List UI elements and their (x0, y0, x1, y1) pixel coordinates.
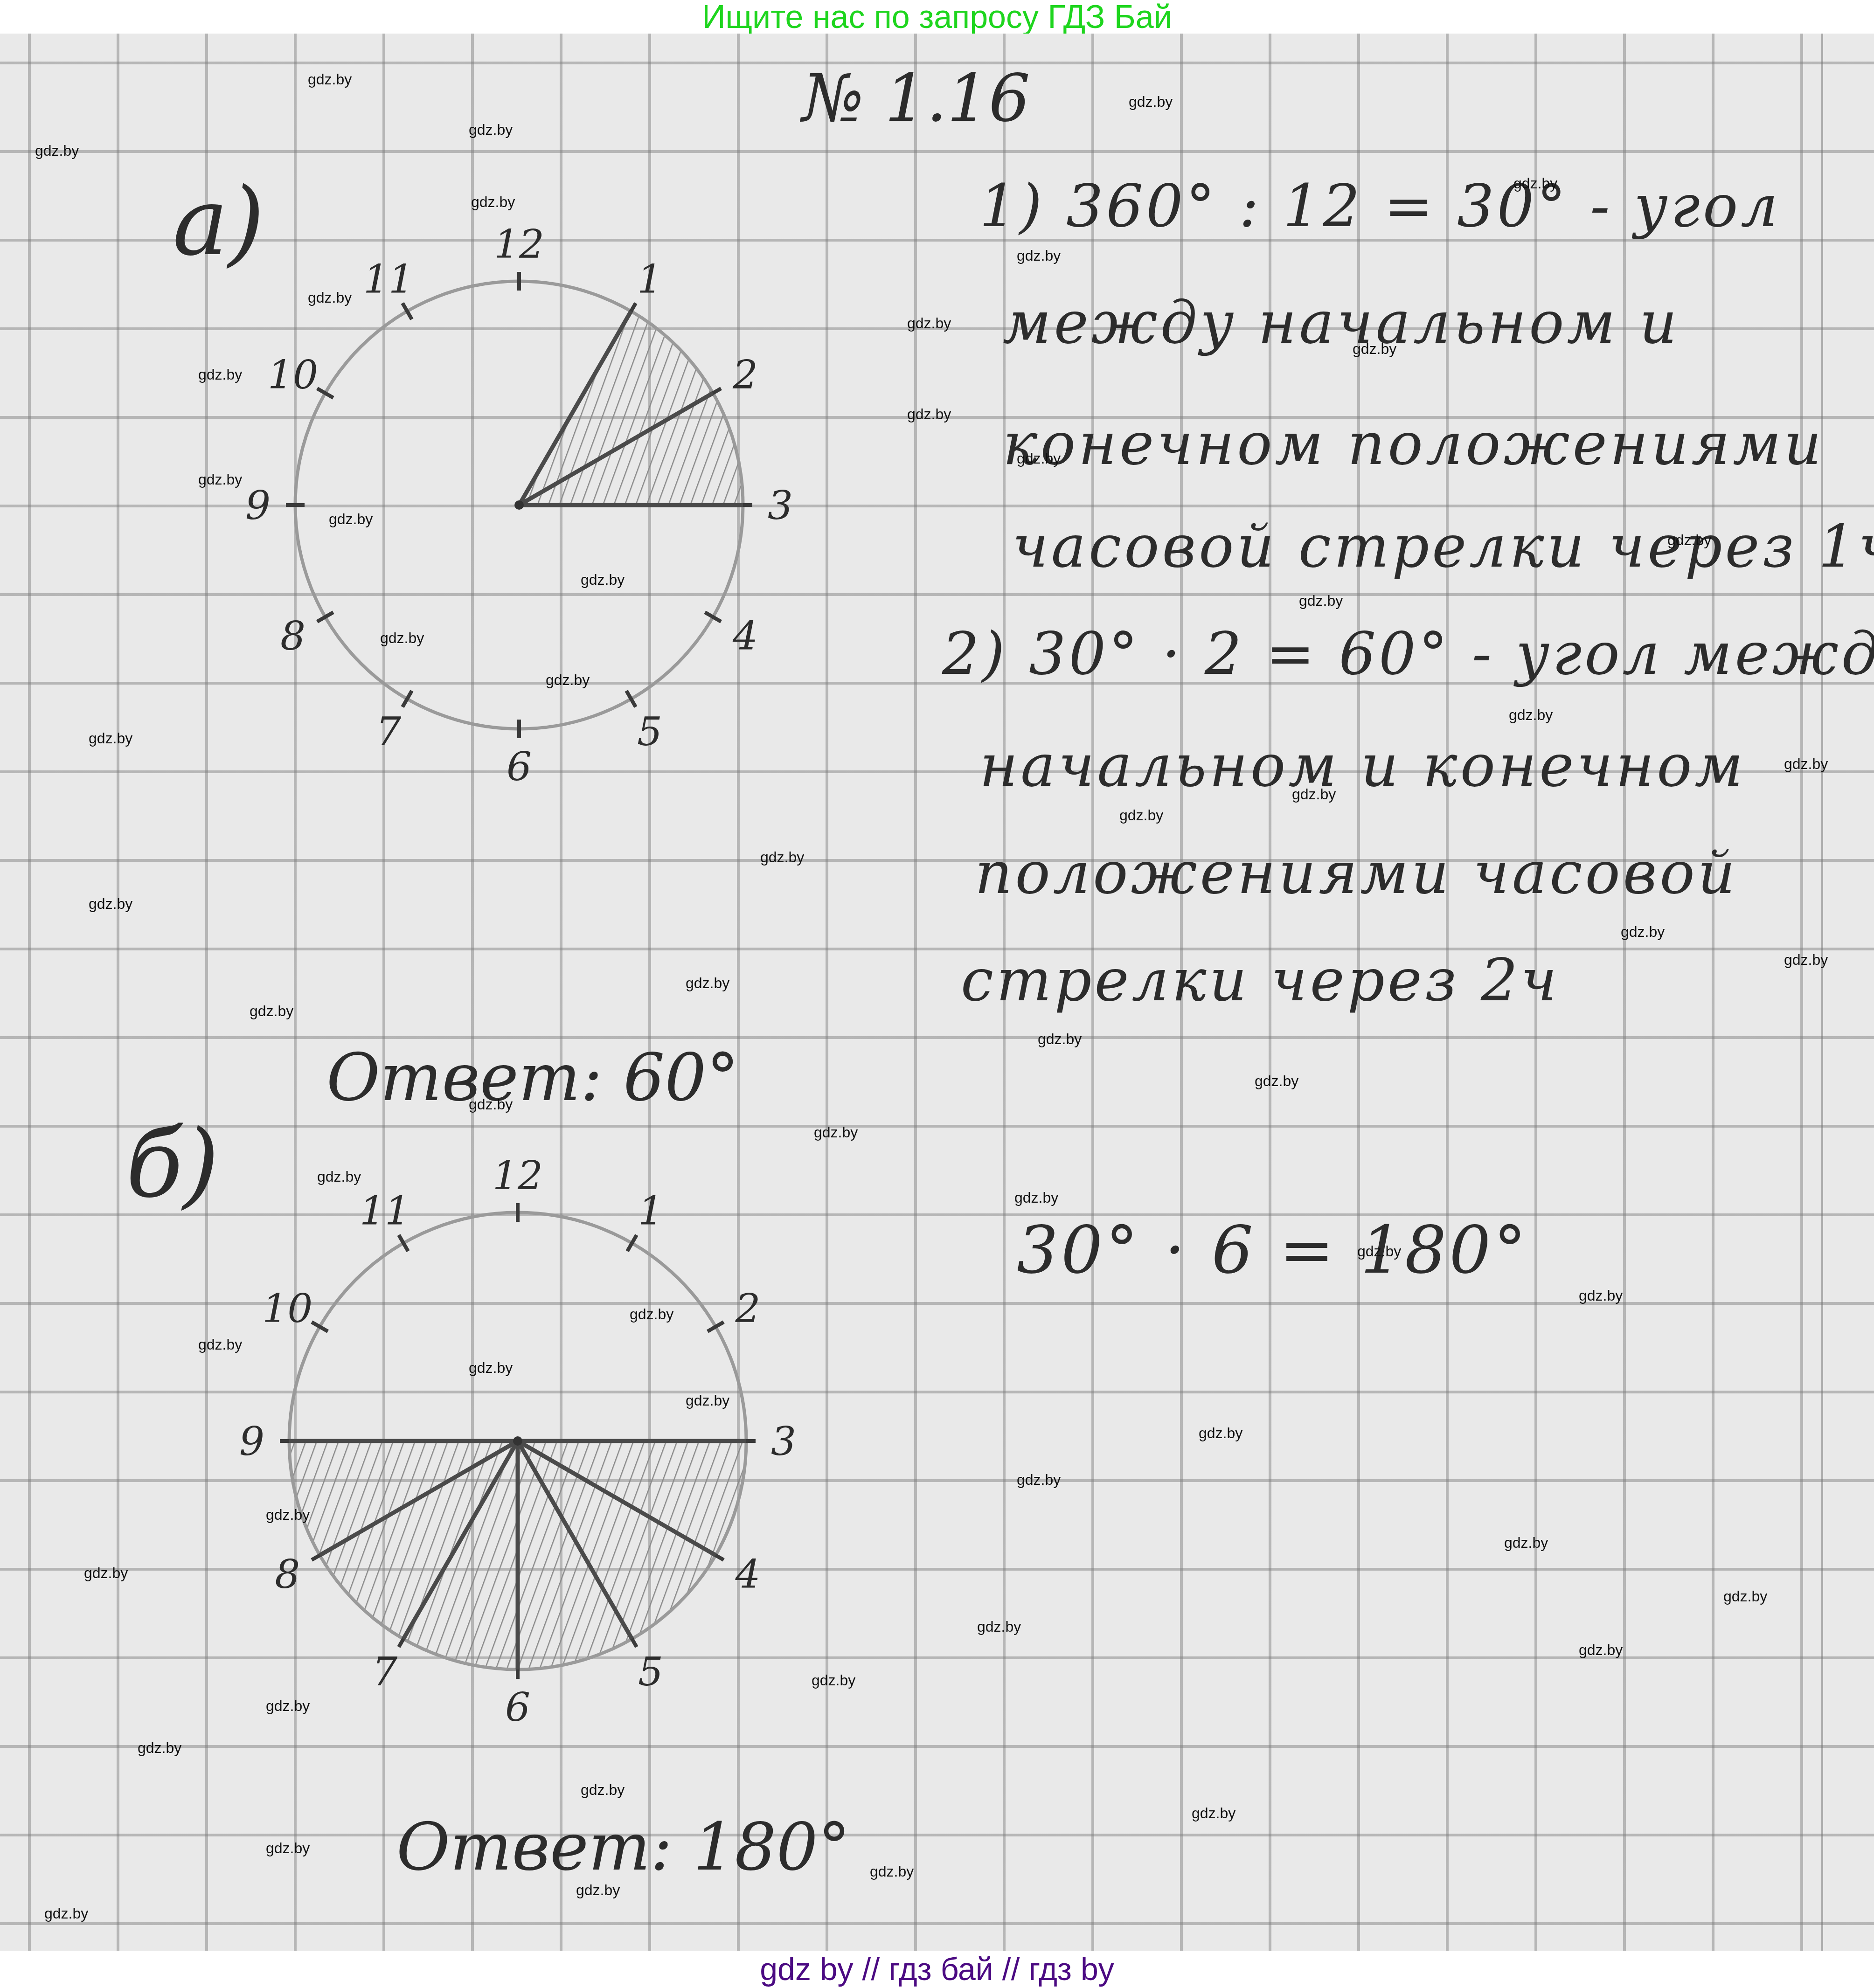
hour-label: 11 (363, 256, 414, 303)
watermark: gdz.by (308, 71, 352, 88)
watermark: gdz.by (1199, 1425, 1242, 1442)
watermark: gdz.by (1119, 807, 1163, 824)
hour-label: 7 (376, 709, 401, 755)
watermark: gdz.by (812, 1672, 855, 1689)
watermark: gdz.by (870, 1863, 914, 1880)
watermark: gdz.by (1621, 923, 1665, 941)
hour-label: 7 (372, 1649, 397, 1695)
hour-label: 10 (262, 1286, 312, 1332)
answer-b: Ответ: 180° (396, 1809, 851, 1885)
hour-label: 9 (239, 1419, 264, 1465)
part-b-label: б) (126, 1110, 219, 1219)
watermark: gdz.by (84, 1565, 128, 1582)
shaded-sector (519, 311, 743, 505)
watermark: gdz.by (380, 630, 424, 647)
watermark: gdz.by (89, 730, 132, 747)
hour-label: 9 (245, 483, 271, 529)
solution-line: 30° · 6 = 180° (1017, 1212, 1529, 1288)
answer-a: Ответ: 60° (326, 1040, 739, 1116)
hour-label: 6 (505, 1684, 530, 1731)
watermark: gdz.by (581, 1781, 625, 1799)
solution-line: 1) 360° : 12 = 30° - угол (979, 173, 1781, 240)
solution-line: 2) 30° · 2 = 60° - угол между (942, 620, 1874, 688)
watermark: gdz.by (630, 1306, 673, 1323)
solution-line: часовой стрелки через 1ч (1012, 513, 1874, 581)
watermark: gdz.by (546, 672, 590, 689)
hour-label: 5 (638, 1649, 663, 1695)
watermark: gdz.by (471, 194, 515, 211)
watermark: gdz.by (1723, 1588, 1767, 1605)
hour-label: 6 (507, 744, 532, 790)
watermark: gdz.by (1579, 1642, 1623, 1659)
watermark: gdz.by (1017, 450, 1061, 467)
watermark: gdz.by (1192, 1805, 1235, 1822)
watermark: gdz.by (1255, 1073, 1298, 1090)
hour-label: 2 (732, 352, 758, 398)
hour-label: 5 (637, 709, 662, 755)
watermark: gdz.by (198, 1336, 242, 1353)
watermark: gdz.by (89, 895, 132, 913)
watermark: gdz.by (266, 1697, 310, 1715)
watermark: gdz.by (760, 849, 804, 866)
watermark: gdz.by (1299, 592, 1343, 610)
watermark: gdz.by (686, 1392, 729, 1409)
solution-line: стрелки через 2ч (961, 947, 1560, 1014)
watermark: gdz.by (317, 1168, 361, 1185)
solution-line: между начальном и (1003, 289, 1680, 357)
watermark: gdz.by (1014, 1189, 1058, 1206)
watermark: gdz.by (686, 975, 729, 992)
hour-label: 4 (735, 1552, 761, 1598)
hour-label: 3 (768, 483, 793, 529)
watermark: gdz.by (1784, 755, 1828, 773)
watermark: gdz.by (1579, 1287, 1623, 1304)
watermark: gdz.by (1292, 786, 1336, 803)
watermark: gdz.by (469, 1096, 513, 1113)
watermark: gdz.by (35, 142, 79, 159)
watermark: gdz.by (1038, 1031, 1082, 1048)
watermark: gdz.by (266, 1506, 310, 1524)
watermark: gdz.by (576, 1882, 620, 1899)
solution-line: начальном и конечном (979, 732, 1746, 800)
clock-b: 121234567891011 (239, 1153, 796, 1731)
watermark: gdz.by (329, 511, 373, 528)
hour-label: 10 (268, 352, 318, 398)
watermark: gdz.by (198, 366, 242, 383)
hour-label: 1 (638, 1188, 663, 1234)
hour-label: 1 (637, 256, 662, 303)
watermark: gdz.by (907, 406, 951, 423)
watermark: gdz.by (1509, 707, 1553, 724)
promo-banner-bottom: gdz by // гдз бай // гдз by (0, 1951, 1874, 1988)
watermark: gdz.by (1129, 93, 1173, 111)
clock-a: 121234567891011 (245, 222, 793, 790)
watermark: gdz.by (469, 121, 513, 139)
watermark: gdz.by (1017, 247, 1061, 264)
watermark: gdz.by (814, 1124, 858, 1141)
watermark: gdz.by (581, 571, 625, 589)
clock-center (513, 1436, 522, 1446)
hour-label: 12 (494, 222, 544, 268)
watermark: gdz.by (1784, 951, 1828, 969)
hour-label: 8 (275, 1552, 300, 1598)
watermark: gdz.by (138, 1739, 181, 1757)
watermark: gdz.by (266, 1840, 310, 1857)
watermark: gdz.by (198, 471, 242, 488)
hour-label: 12 (493, 1153, 543, 1199)
hour-label: 3 (771, 1419, 796, 1465)
watermark: gdz.by (469, 1359, 513, 1377)
watermark: gdz.by (907, 315, 951, 332)
hour-label: 4 (732, 613, 758, 659)
watermark: gdz.by (250, 1003, 293, 1020)
watermark: gdz.by (1504, 1534, 1548, 1552)
watermark: gdz.by (1513, 175, 1557, 192)
watermark: gdz.by (1353, 340, 1396, 358)
watermark: gdz.by (1667, 532, 1711, 549)
watermark: gdz.by (1017, 1471, 1061, 1489)
solution-line: конечном положениями (1003, 410, 1824, 478)
hour-label: 8 (280, 613, 305, 659)
watermark: gdz.by (977, 1618, 1021, 1635)
watermark: gdz.by (308, 289, 352, 306)
clock-center (514, 500, 524, 510)
hour-label: 2 (735, 1286, 761, 1332)
hour-label: 11 (360, 1188, 410, 1234)
watermark: gdz.by (44, 1905, 88, 1922)
solution-line: положениями часовой (975, 839, 1738, 907)
watermark: gdz.by (1357, 1243, 1401, 1260)
